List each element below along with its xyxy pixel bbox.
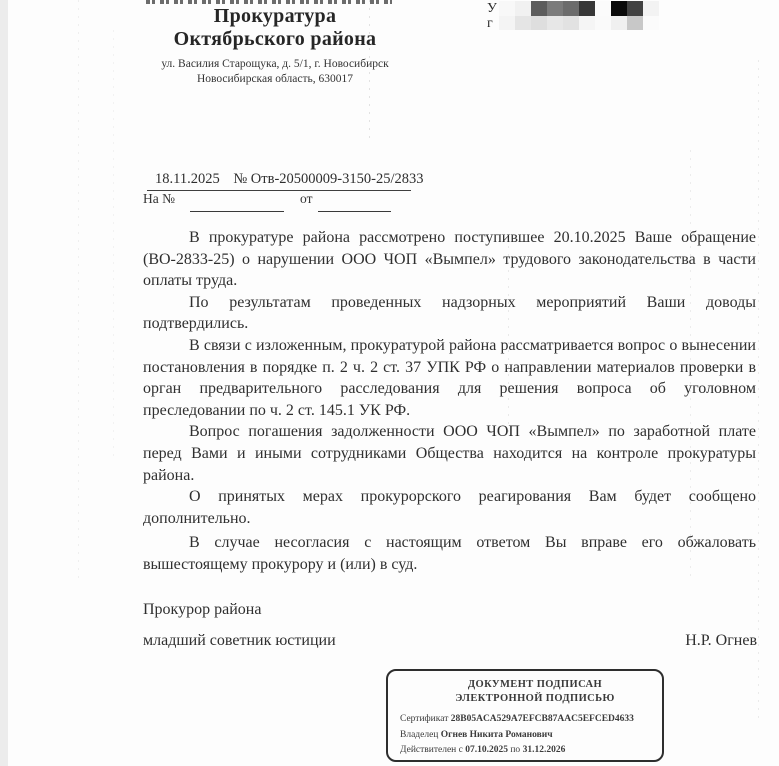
redaction-pixel xyxy=(579,16,595,30)
owner-name: Огнев Никита Романович xyxy=(441,730,553,740)
recipient-line1-prefix: У xyxy=(487,1,499,16)
redaction-pixel xyxy=(579,1,595,16)
redaction-pixel xyxy=(595,1,611,16)
stamp-title-line2: ЭЛЕКТРОННОЙ ПОДПИСЬЮ xyxy=(416,692,654,706)
recipient-block: У г xyxy=(487,1,659,31)
letter-number: № Отв-20500009-3150-25/2833 xyxy=(233,171,423,187)
redaction-pixel xyxy=(515,1,531,16)
redaction-pixel xyxy=(515,16,531,30)
scanned-letter-page: Прокуратура Октябрьского района ул. Васи… xyxy=(0,0,779,766)
letter-body: В прокуратуре района рассмотрено поступи… xyxy=(143,227,756,576)
redaction-pixel xyxy=(499,16,515,30)
recipient-line1: У xyxy=(487,1,659,16)
cutoff-header-text xyxy=(146,0,392,4)
stamp-title-line1: ДОКУМЕНТ ПОДПИСАН xyxy=(416,678,654,692)
signer-name: Н.Р. Огнев xyxy=(685,632,757,650)
validity-to-date: 31.12.2026 xyxy=(523,745,566,755)
org-name-line1: Прокуратура xyxy=(150,5,400,28)
redaction-pixel xyxy=(531,1,547,16)
paragraph-6: В случае несогласия с настоящим ответом … xyxy=(143,532,756,575)
from-label: от xyxy=(300,191,312,207)
paragraph-2: По результатам проведенных надзорных мер… xyxy=(143,292,756,335)
validity-to-label: по xyxy=(510,745,520,755)
letter-date: 18.11.2025 xyxy=(155,171,220,187)
letterhead: Прокуратура Октябрьского района ул. Васи… xyxy=(150,5,400,86)
redaction-pixel xyxy=(627,1,643,16)
redaction-pixel xyxy=(595,16,611,30)
redaction-pixel xyxy=(563,16,579,30)
blank-underline-date xyxy=(318,211,391,212)
scan-noise-column xyxy=(113,30,114,460)
org-name-line2: Октябрьского района xyxy=(150,28,400,51)
paragraph-1: В прокуратуре района рассмотрено поступи… xyxy=(143,227,756,292)
redaction-pixel xyxy=(563,1,579,16)
redaction-pixel xyxy=(531,16,547,30)
stamp-validity-line: Действителен с 07.10.2025 по 31.12.2026 xyxy=(400,743,654,759)
signer-position-line1: Прокурор района xyxy=(143,601,261,619)
recipient-line2: г xyxy=(487,16,659,31)
stamp-title: ДОКУМЕНТ ПОДПИСАН ЭЛЕКТРОННОЙ ПОДПИСЬЮ xyxy=(400,678,654,705)
redaction-pixel xyxy=(643,1,659,16)
stamp-certificate-line: Сертификат 28B05ACA529A7EFCB87AAC5EFCED4… xyxy=(400,712,654,728)
stamp-details: Сертификат 28B05ACA529A7EFCB87AAC5EFCED4… xyxy=(400,712,654,759)
on-number-label: На № xyxy=(143,191,175,207)
redaction-pixel xyxy=(643,16,659,30)
certificate-label: Сертификат xyxy=(400,714,448,724)
signer-position-line2: младший советник юстиции xyxy=(143,632,336,650)
redaction-pixel xyxy=(499,1,515,16)
org-address-line2: Новосибирская область, 630017 xyxy=(150,72,400,86)
scan-noise-column xyxy=(758,60,759,720)
scan-noise-column xyxy=(78,0,79,580)
redaction-pixel xyxy=(611,1,627,16)
redaction-pixel xyxy=(611,16,627,30)
certificate-value: 28B05ACA529A7EFCB87AAC5EFCED4633 xyxy=(451,714,634,724)
signature-row: младший советник юстиции Н.Р. Огнев xyxy=(143,632,757,650)
recipient-line2-prefix: г xyxy=(487,16,499,31)
redaction-pixel xyxy=(547,16,563,30)
paragraph-5: О принятых мерах прокурорского реагирова… xyxy=(143,486,756,529)
paragraph-3: В связи с изложенным, прокуратурой район… xyxy=(143,335,756,421)
digital-signature-stamp: ДОКУМЕНТ ПОДПИСАН ЭЛЕКТРОННОЙ ПОДПИСЬЮ С… xyxy=(386,669,664,762)
outgoing-reference-line: 18.11.2025 № Отв-20500009-3150-25/2833 xyxy=(147,171,411,191)
org-address: ул. Василия Старощука, д. 5/1, г. Новоси… xyxy=(150,57,400,86)
blank-underline-number xyxy=(190,211,284,212)
validity-from-date: 07.10.2025 xyxy=(465,745,508,755)
stamp-owner-line: Владелец Огнев Никита Романович xyxy=(400,728,654,744)
paragraph-4: Вопрос погашения задолженности ООО ЧОП «… xyxy=(143,421,756,486)
redaction-pixel xyxy=(627,16,643,30)
org-address-line1: ул. Василия Старощука, д. 5/1, г. Новоси… xyxy=(150,57,400,71)
redacted-address-mosaic xyxy=(499,16,659,30)
owner-label: Владелец xyxy=(400,730,438,740)
redaction-pixel xyxy=(547,1,563,16)
scan-edge-strip xyxy=(0,0,8,766)
redacted-name-mosaic xyxy=(499,1,659,16)
validity-label: Действителен с xyxy=(400,745,463,755)
